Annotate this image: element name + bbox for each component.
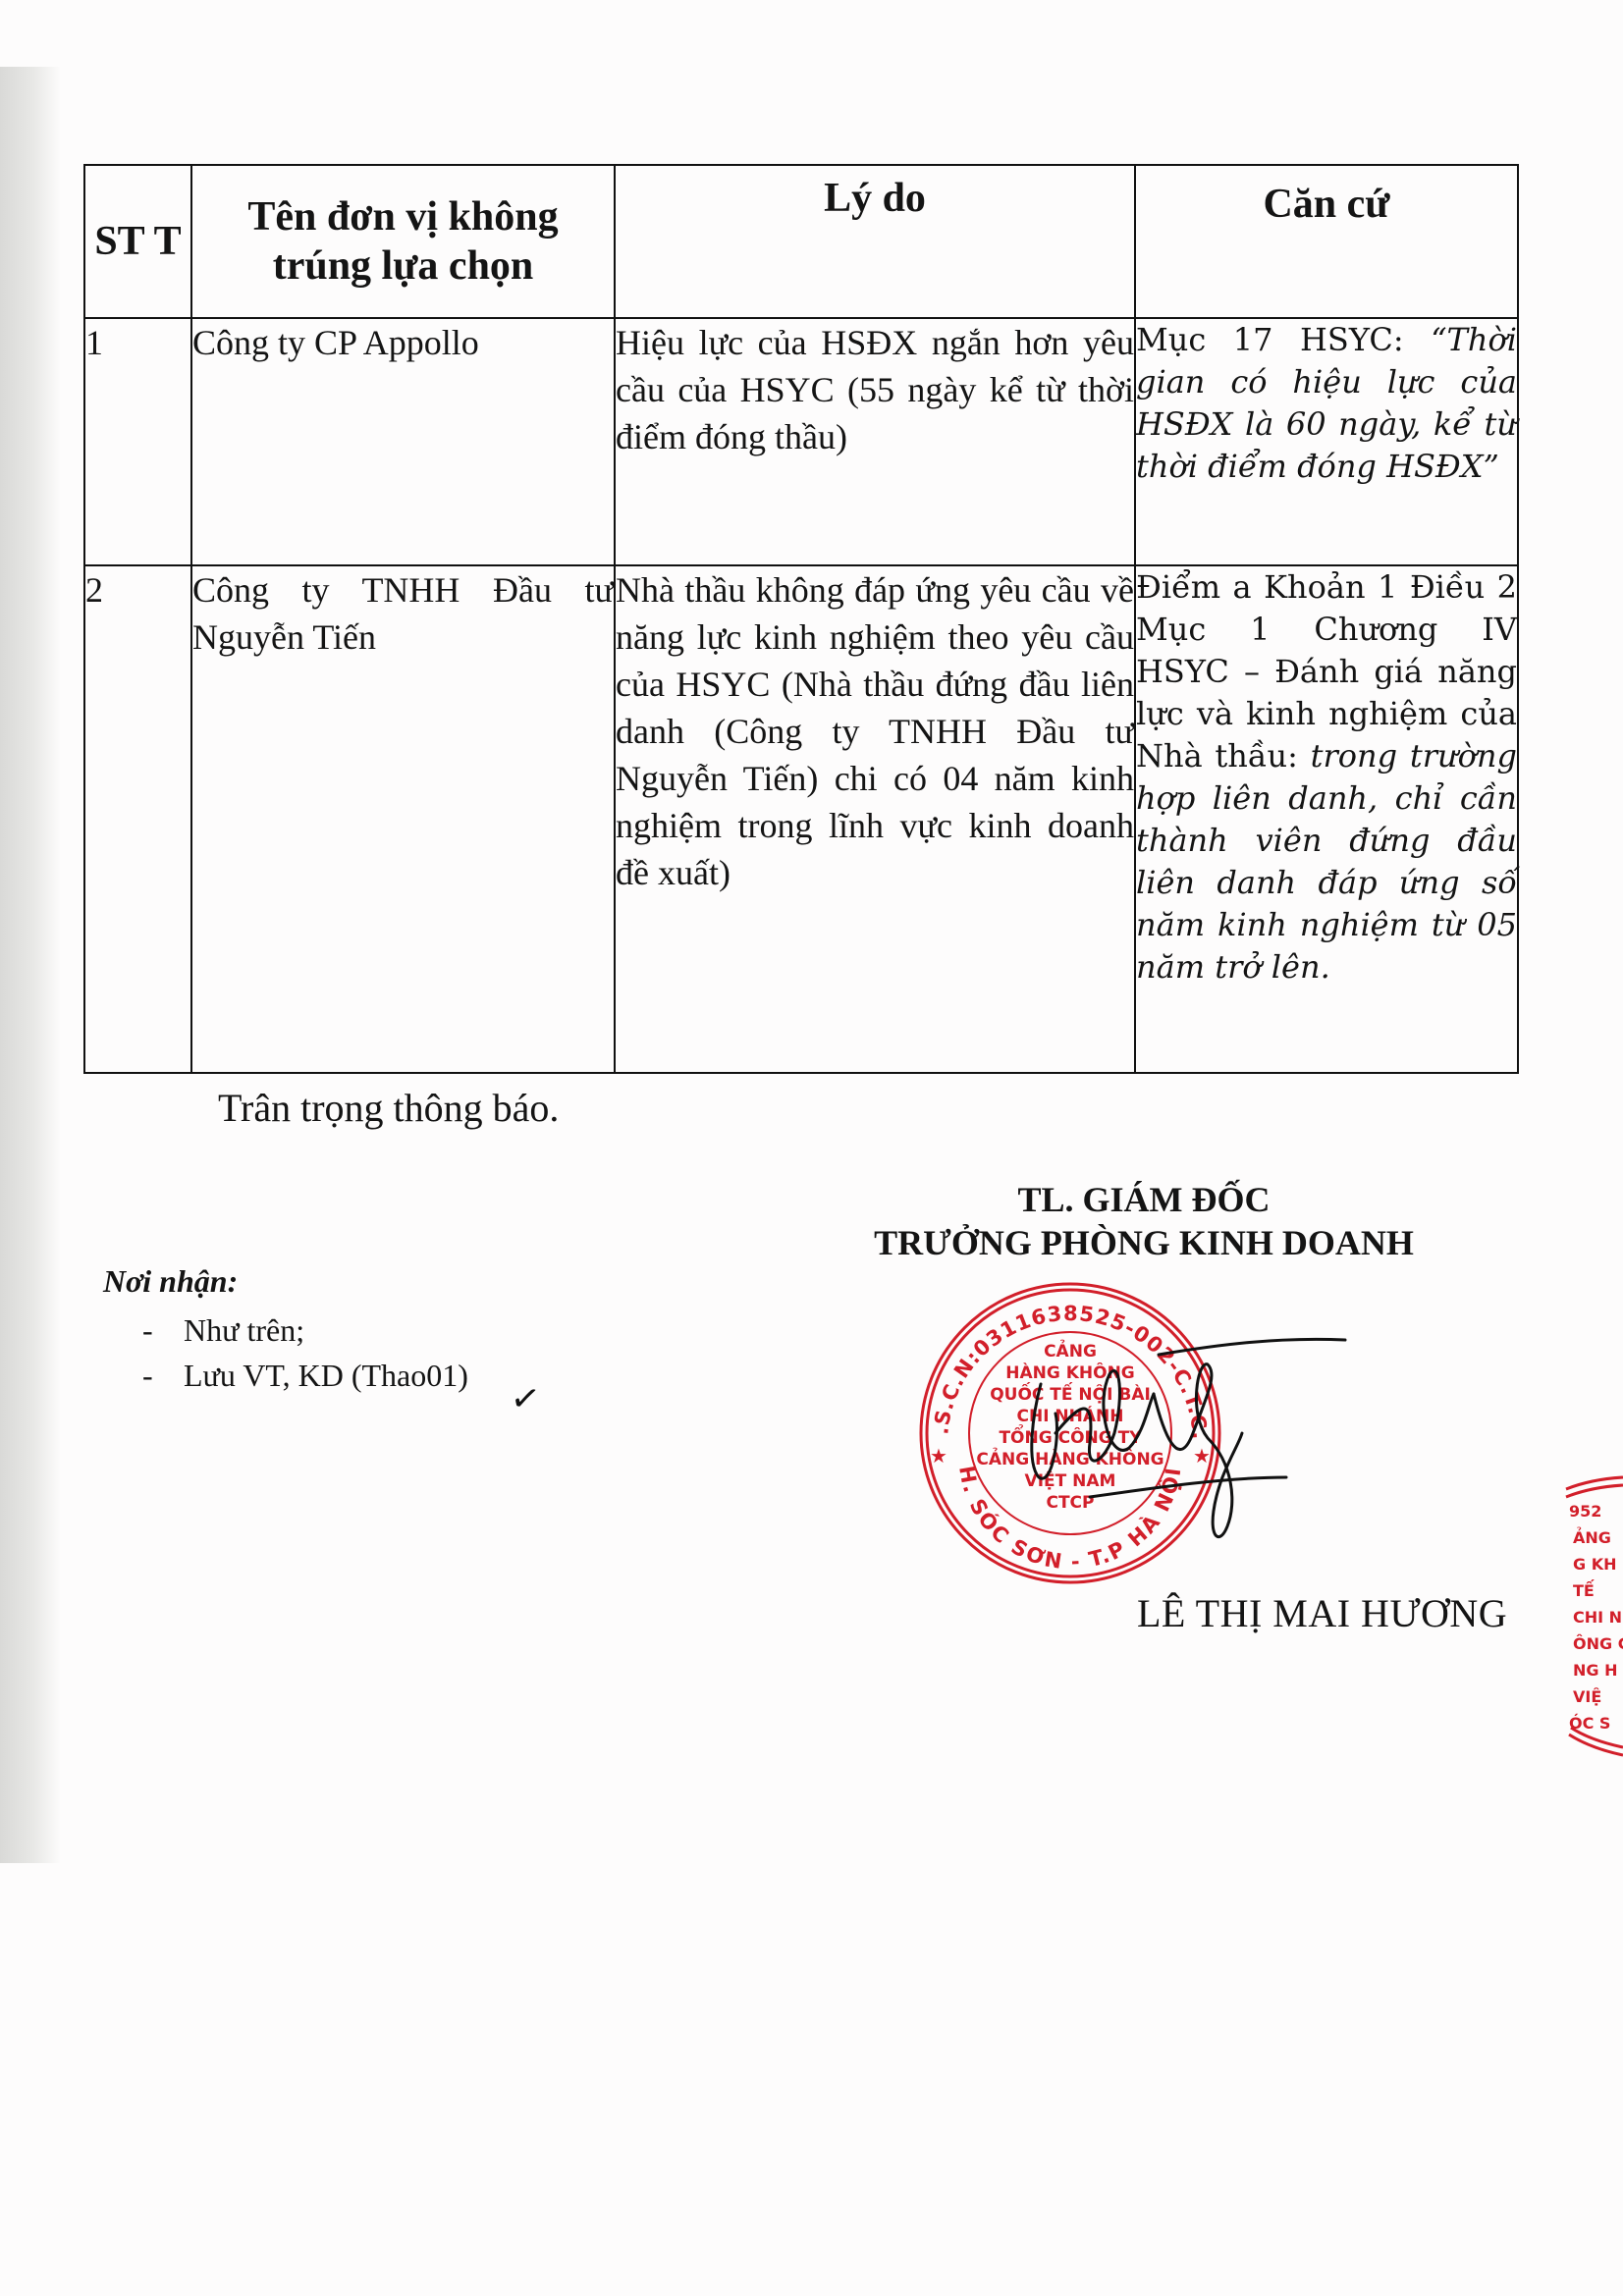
svg-text:ÔNG C: ÔNG C <box>1573 1634 1623 1653</box>
row-unit-name: Công ty TNHH Đầu tư Nguyễn Tiến <box>191 565 615 1073</box>
signature-title-line2: TRƯỞNG PHÒNG KINH DOANH <box>825 1221 1463 1264</box>
partial-seal-icon: 952ẢNGG KHTẾCHI NÔNG CNG HVIỆÓC S <box>1561 1468 1623 1762</box>
list-item: -Lưu VT, KD (Thao01) <box>103 1353 468 1398</box>
svg-text:952: 952 <box>1569 1502 1601 1521</box>
signature-title-line1: TL. GIÁM ĐỐC <box>825 1178 1463 1221</box>
row-stt: 1 <box>84 318 191 565</box>
recipients-label: Nơi nhận: <box>103 1258 468 1304</box>
handwritten-check-icon: ✓ <box>508 1377 543 1421</box>
svg-text:ẢNG: ẢNG <box>1573 1526 1611 1547</box>
header-unit-name: Tên đơn vị không trúng lựa chọn <box>191 165 615 318</box>
header-reason: Lý do <box>615 165 1135 318</box>
closing-line: Trân trọng thông báo. <box>218 1085 559 1131</box>
scan-edge-shadow <box>0 67 61 1863</box>
header-stt: ST T <box>84 165 191 318</box>
basis-plain-text: Mục 17 HSYC: <box>1136 321 1431 358</box>
row-reason: Nhà thầu không đáp ứng yêu cầu về năng l… <box>615 565 1135 1073</box>
header-basis: Căn cứ <box>1135 165 1518 318</box>
signer-name: LÊ THỊ MAI HƯƠNG <box>1137 1590 1507 1636</box>
row-reason: Hiệu lực của HSĐX ngắn hơn yêu cầu của H… <box>615 318 1135 565</box>
recipients-list: -Như trên; -Lưu VT, KD (Thao01) <box>103 1308 468 1398</box>
svg-text:★: ★ <box>930 1444 947 1468</box>
svg-text:NG H: NG H <box>1573 1661 1617 1680</box>
signature-title-block: TL. GIÁM ĐỐC TRƯỞNG PHÒNG KINH DOANH <box>825 1178 1463 1264</box>
svg-text:G KH: G KH <box>1573 1555 1617 1574</box>
svg-text:VIỆ: VIỆ <box>1573 1686 1601 1706</box>
handwritten-signature-icon <box>982 1276 1355 1571</box>
svg-text:TẾ: TẾ <box>1573 1579 1595 1600</box>
row-basis: Mục 17 HSYC: “Thời gian có hiệu lực của … <box>1135 318 1518 565</box>
table-row: 1 Công ty CP Appollo Hiệu lực của HSĐX n… <box>84 318 1518 565</box>
svg-text:CHI N: CHI N <box>1573 1608 1622 1627</box>
row-unit-name: Công ty CP Appollo <box>191 318 615 565</box>
recipients-block: Nơi nhận: -Như trên; -Lưu VT, KD (Thao01… <box>103 1258 468 1398</box>
row-basis: Điểm a Khoản 1 Điều 2 Mục 1 Chương IV HS… <box>1135 565 1518 1073</box>
table-row: 2 Công ty TNHH Đầu tư Nguyễn Tiến Nhà th… <box>84 565 1518 1073</box>
list-item: -Như trên; <box>103 1308 468 1353</box>
svg-text:ÓC S: ÓC S <box>1569 1714 1610 1733</box>
row-stt: 2 <box>84 565 191 1073</box>
table-header-row: ST T Tên đơn vị không trúng lựa chọn Lý … <box>84 165 1518 318</box>
rejected-bidders-table: ST T Tên đơn vị không trúng lựa chọn Lý … <box>83 164 1519 1074</box>
